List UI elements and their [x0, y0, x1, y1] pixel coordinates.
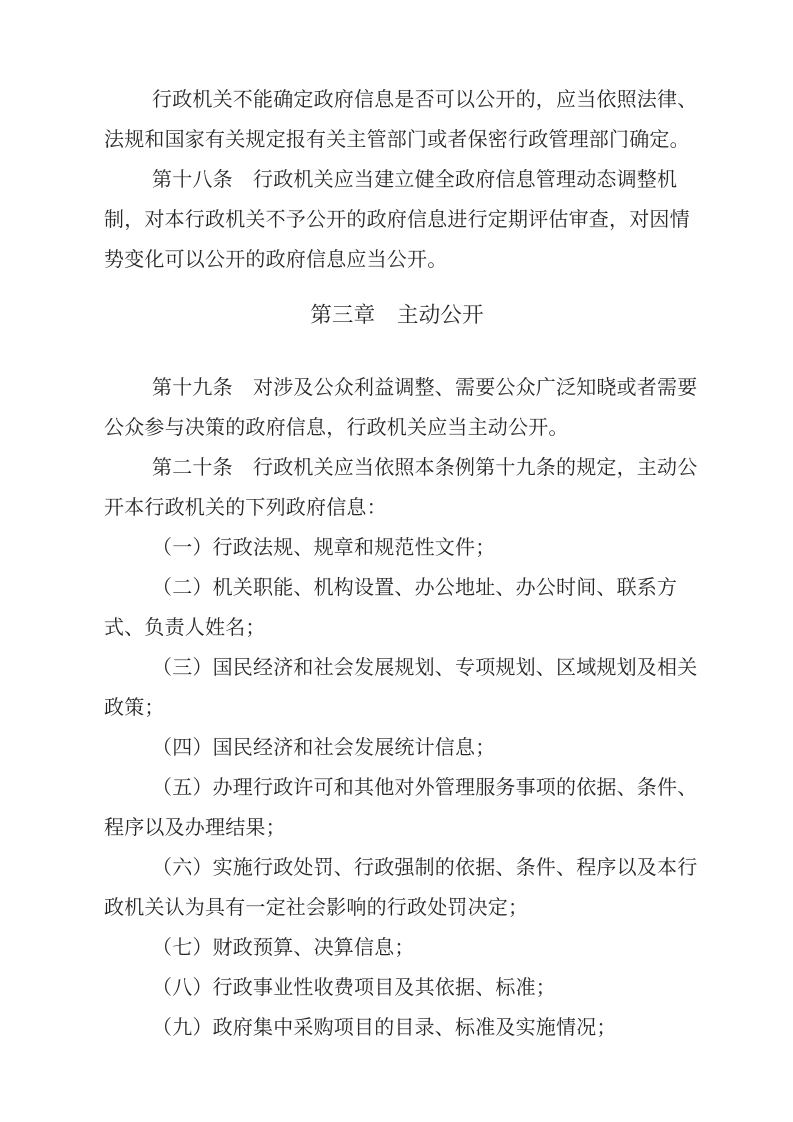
- list-item-4-line-1: （四）国民经济和社会发展统计信息；: [104, 728, 690, 768]
- list-item-5-line-1: （五）办理行政许可和其他对外管理服务事项的依据、条件、: [104, 768, 690, 808]
- para-article-19-line-2: 公众参与决策的政府信息，行政机关应当主动公开。: [104, 408, 690, 448]
- para-article-18-line-3: 势变化可以公开的政府信息应当公开。: [104, 240, 690, 280]
- list-item-3-line-1: （三）国民经济和社会发展规划、专项规划、区域规划及相关: [104, 648, 690, 688]
- list-item-7: （七）财政预算、决算信息；: [104, 928, 690, 968]
- list-item-2-line-1: （二）机关职能、机构设置、办公地址、办公时间、联系方: [104, 568, 690, 608]
- para-article-19-line-1: 第十九条 对涉及公众利益调整、需要公众广泛知晓或者需要: [104, 368, 690, 408]
- para-article-20: 第二十条 行政机关应当依照本条例第十九条的规定，主动公开本行政机关的下列政府信息…: [104, 448, 690, 528]
- para-article-19: 第十九条 对涉及公众利益调整、需要公众广泛知晓或者需要公众参与决策的政府信息，行…: [104, 368, 690, 448]
- para-article-20-line-2: 开本行政机关的下列政府信息：: [104, 488, 690, 528]
- list-item-8: （八）行政事业性收费项目及其依据、标准；: [104, 968, 690, 1008]
- list-item-2-line-2: 式、负责人姓名；: [104, 608, 690, 648]
- list-item-1-line-1: （一）行政法规、规章和规范性文件；: [104, 528, 690, 568]
- list-item-3-line-2: 政策；: [104, 688, 690, 728]
- chapter-3-heading: 第三章 主动公开: [104, 295, 690, 335]
- list-item-6: （六）实施行政处罚、行政强制的依据、条件、程序以及本行政机关认为具有一定社会影响…: [104, 848, 690, 928]
- para-article-18-line-1: 第十八条 行政机关应当建立健全政府信息管理动态调整机: [104, 160, 690, 200]
- list-item-8-line-1: （八）行政事业性收费项目及其依据、标准；: [104, 968, 690, 1008]
- chapter-3-heading-line-1: 第三章 主动公开: [104, 295, 690, 335]
- para-article-18-line-2: 制，对本行政机关不予公开的政府信息进行定期评估审查，对因情: [104, 200, 690, 240]
- para-indeterminate-disclosure-line-2: 法规和国家有关规定报有关主管部门或者保密行政管理部门确定。: [104, 120, 690, 160]
- list-item-6-line-1: （六）实施行政处罚、行政强制的依据、条件、程序以及本行: [104, 848, 690, 888]
- list-item-1: （一）行政法规、规章和规范性文件；: [104, 528, 690, 568]
- list-item-9-line-1: （九）政府集中采购项目的目录、标准及实施情况；: [104, 1008, 690, 1048]
- document-content: 行政机关不能确定政府信息是否可以公开的，应当依照法律、法规和国家有关规定报有关主…: [104, 80, 690, 1048]
- list-item-7-line-1: （七）财政预算、决算信息；: [104, 928, 690, 968]
- para-article-20-line-1: 第二十条 行政机关应当依照本条例第十九条的规定，主动公: [104, 448, 690, 488]
- para-indeterminate-disclosure-line-1: 行政机关不能确定政府信息是否可以公开的，应当依照法律、: [104, 80, 690, 120]
- list-item-5: （五）办理行政许可和其他对外管理服务事项的依据、条件、程序以及办理结果；: [104, 768, 690, 848]
- para-article-18: 第十八条 行政机关应当建立健全政府信息管理动态调整机制，对本行政机关不予公开的政…: [104, 160, 690, 280]
- document-page: 行政机关不能确定政府信息是否可以公开的，应当依照法律、法规和国家有关规定报有关主…: [0, 0, 793, 1122]
- para-indeterminate-disclosure: 行政机关不能确定政府信息是否可以公开的，应当依照法律、法规和国家有关规定报有关主…: [104, 80, 690, 160]
- list-item-3: （三）国民经济和社会发展规划、专项规划、区域规划及相关政策；: [104, 648, 690, 728]
- list-item-2: （二）机关职能、机构设置、办公地址、办公时间、联系方式、负责人姓名；: [104, 568, 690, 648]
- list-item-4: （四）国民经济和社会发展统计信息；: [104, 728, 690, 768]
- list-item-5-line-2: 程序以及办理结果；: [104, 808, 690, 848]
- list-item-6-line-2: 政机关认为具有一定社会影响的行政处罚决定；: [104, 888, 690, 928]
- list-item-9: （九）政府集中采购项目的目录、标准及实施情况；: [104, 1008, 690, 1048]
